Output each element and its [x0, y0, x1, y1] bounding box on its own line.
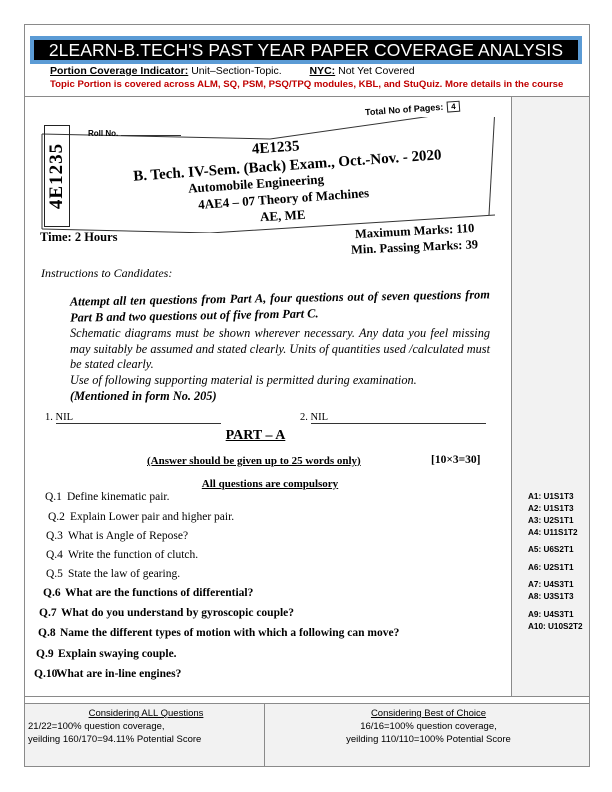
streams: AE, ME — [260, 207, 306, 225]
summary-all: Considering ALL Questions 21/22=100% que… — [25, 704, 265, 766]
summary-all-line1: 21/22=100% question coverage, — [28, 720, 264, 733]
question-item: Q.4Write the function of clutch. — [46, 549, 198, 561]
nyc-value: Not Yet Covered — [338, 65, 414, 77]
instruction-4: (Mentioned in form No. 205) — [70, 389, 490, 405]
coverage-item: A6: U2S1T1 — [528, 563, 574, 572]
question-item: Q.7What do you understand by gyroscopic … — [39, 607, 294, 619]
summary-best: Considering Best of Choice 16/16=100% qu… — [265, 704, 589, 766]
instructions-title: Instructions to Candidates: — [41, 266, 172, 281]
coverage-item: A4: U11S1T2 — [528, 528, 578, 537]
coverage-item: A2: U1S1T3 — [528, 504, 574, 513]
summary-all-title: Considering ALL Questions — [28, 707, 264, 720]
compulsory-note: All questions are compulsory — [0, 478, 540, 490]
side-code: 4E1235 — [46, 143, 68, 209]
summary-best-line2: yeilding 110/110=100% Potential Score — [268, 733, 589, 746]
paper-code: 4E1235 — [251, 138, 300, 158]
banner-title: 2LEARN-B.TECH'S PAST YEAR PAPER COVERAGE… — [30, 36, 582, 64]
question-item: Q.3What is Angle of Repose? — [46, 530, 188, 542]
total-pages-value: 4 — [447, 101, 460, 113]
summary-best-line1: 16/16=100% question coverage, — [268, 720, 589, 733]
question-item: Q.8Name the different types of motion wi… — [38, 627, 399, 639]
material-2: 2. NIL — [300, 412, 486, 424]
question-item: Q.10What are in-line engines? — [34, 668, 181, 680]
part-title: PART – A — [0, 428, 511, 444]
instruction-3: Use of following supporting material is … — [70, 373, 490, 389]
coverage-legend: Portion Coverage Indicator: Unit–Section… — [50, 65, 415, 77]
coverage-summary: Considering ALL Questions 21/22=100% que… — [24, 703, 590, 767]
exam-time: Time: 2 Hours — [40, 230, 118, 245]
question-item: Q.2Explain Lower pair and higher pair. — [48, 511, 234, 523]
coverage-column — [511, 96, 590, 697]
question-item: Q.1Define kinematic pair. — [45, 491, 170, 503]
question-item: Q.6What are the functions of differentia… — [43, 587, 253, 599]
coverage-item: A3: U2S1T1 — [528, 516, 574, 525]
instruction-2: Schematic diagrams must be shown whereve… — [70, 326, 490, 373]
coverage-item: A8: U3S1T3 — [528, 592, 574, 601]
coverage-item: A5: U6S2T1 — [528, 545, 574, 554]
roll-no: Roll No. — [88, 129, 181, 138]
question-item: Q.5State the law of gearing. — [46, 568, 180, 580]
indicator-value: Unit–Section-Topic. — [191, 65, 281, 77]
coverage-item: A1: U1S1T3 — [528, 492, 574, 501]
material-1: 1. NIL — [45, 412, 221, 424]
coverage-note: Topic Portion is covered across ALM, SQ,… — [50, 79, 563, 90]
summary-best-title: Considering Best of Choice — [268, 707, 589, 720]
indicator-label: Portion Coverage Indicator: — [50, 65, 188, 77]
question-item: Q.9Explain swaying couple. — [36, 648, 177, 660]
nyc-label: NYC: — [310, 65, 336, 77]
coverage-item: A10: U10S2T2 — [528, 622, 583, 631]
summary-all-line2: yeilding 160/170=94.11% Potential Score — [28, 733, 264, 746]
coverage-item: A9: U4S3T1 — [528, 610, 574, 619]
coverage-item: A7: U4S3T1 — [528, 580, 574, 589]
part-marks: [10×3=30] — [431, 454, 481, 466]
part-note: (Answer should be given up to 25 words o… — [147, 455, 361, 467]
